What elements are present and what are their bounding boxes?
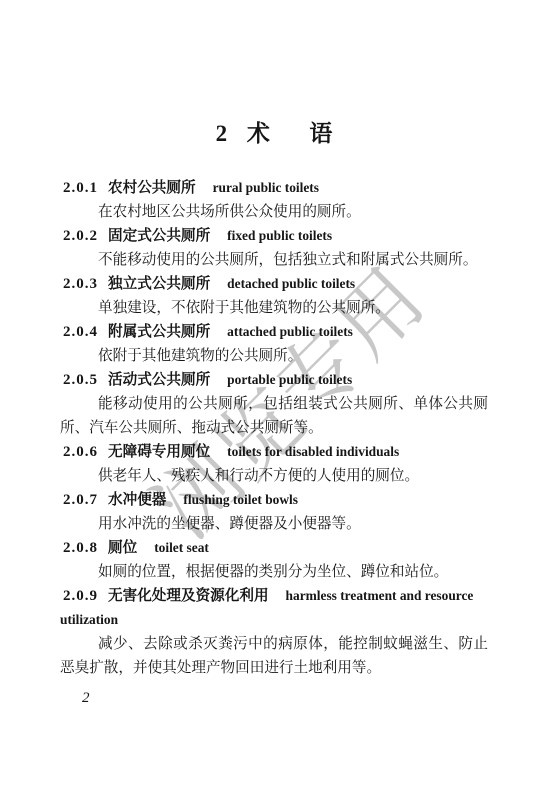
term-chinese: 附属式公共厕所 [108, 324, 210, 340]
document-page: { "document": { "section_title": "2 术 语"… [0, 0, 551, 790]
term-definition: 依附于其他建筑物的公共厕所。 [60, 344, 488, 368]
term-entry: 2.0.7水冲便器flushing toilet bowls 用水冲洗的坐便器、… [60, 488, 488, 536]
term-entry: 2.0.9无害化处理及资源化利用harmless treatment and r… [60, 584, 488, 680]
term-english: portable public toilets [227, 372, 352, 387]
page-number: 2 [82, 688, 90, 708]
term-entry: 2.0.1农村公共厕所rural public toilets 在农村地区公共场… [60, 176, 488, 224]
page-content: 2 术 语 2.0.1农村公共厕所rural public toilets 在农… [60, 0, 488, 680]
term-entry: 2.0.2固定式公共厕所fixed public toilets 不能移动使用的… [60, 224, 488, 272]
term-chinese: 无害化处理及资源化利用 [108, 588, 269, 604]
term-number: 2.0.5 [60, 372, 98, 388]
term-definition: 单独建设，不依附于其他建筑物的公共厕所。 [60, 296, 488, 320]
term-definition: 供老年人、残疾人和行动不方便的人使用的厕位。 [60, 464, 488, 488]
term-entry: 2.0.6无障碍专用厕位toilets for disabled individ… [60, 440, 488, 488]
term-number: 2.0.4 [60, 324, 98, 340]
term-line: 2.0.4附属式公共厕所attached public toilets [60, 320, 488, 344]
term-definition: 不能移动使用的公共厕所，包括独立式和附属式公共厕所。 [60, 248, 488, 272]
term-english: toilets for disabled individuals [227, 444, 399, 459]
term-entry: 2.0.8厕位toilet seat 如厕的位置，根据便器的类别分为坐位、蹲位和… [60, 536, 488, 584]
term-entry: 2.0.3独立式公共厕所detached public toilets 单独建设… [60, 272, 488, 320]
term-number: 2.0.2 [60, 228, 98, 244]
terminology-list: 2.0.1农村公共厕所rural public toilets 在农村地区公共场… [60, 176, 488, 680]
term-number: 2.0.6 [60, 444, 98, 460]
term-english: toilet seat [154, 540, 209, 555]
term-line: 2.0.1农村公共厕所rural public toilets [60, 176, 488, 200]
term-line: 2.0.6无障碍专用厕位toilets for disabled individ… [60, 440, 488, 464]
term-number: 2.0.1 [60, 180, 98, 196]
term-number: 2.0.3 [60, 276, 98, 292]
section-title: 2 术 语 [60, 118, 488, 150]
term-english: rural public toilets [213, 180, 319, 195]
term-chinese: 无障碍专用厕位 [108, 444, 210, 460]
term-chinese: 农村公共厕所 [108, 180, 196, 196]
term-chinese: 独立式公共厕所 [108, 276, 210, 292]
term-chinese: 水冲便器 [108, 492, 166, 508]
term-english: flushing toilet bowls [183, 492, 298, 507]
term-entry: 2.0.4附属式公共厕所attached public toilets 依附于其… [60, 320, 488, 368]
term-number: 2.0.7 [60, 492, 98, 508]
term-line: 2.0.2固定式公共厕所fixed public toilets [60, 224, 488, 248]
term-definition: 如厕的位置，根据便器的类别分为坐位、蹲位和站位。 [60, 560, 488, 584]
term-line: 2.0.7水冲便器flushing toilet bowls [60, 488, 488, 512]
term-chinese: 固定式公共厕所 [108, 228, 210, 244]
term-chinese: 厕位 [108, 540, 137, 556]
term-entry: 2.0.5活动式公共厕所portable public toilets 能移动使… [60, 368, 488, 440]
term-definition: 能移动使用的公共厕所，包括组装式公共厕所、单体公共厕所、汽车公共厕所、拖动式公共… [60, 392, 488, 440]
term-definition: 减少、去除或杀灭粪污中的病原体，能控制蚊蝇滋生、防止恶臭扩散，并使其处理产物回田… [60, 632, 488, 680]
term-definition: 在农村地区公共场所供公众使用的厕所。 [60, 200, 488, 224]
term-english: attached public toilets [227, 324, 353, 339]
term-chinese: 活动式公共厕所 [108, 372, 210, 388]
term-english: fixed public toilets [227, 228, 332, 243]
term-number: 2.0.8 [60, 540, 98, 556]
term-line: 2.0.5活动式公共厕所portable public toilets [60, 368, 488, 392]
term-line: 2.0.3独立式公共厕所detached public toilets [60, 272, 488, 296]
term-definition: 用水冲洗的坐便器、蹲便器及小便器等。 [60, 512, 488, 536]
term-line: 2.0.8厕位toilet seat [60, 536, 488, 560]
term-line: 2.0.9无害化处理及资源化利用harmless treatment and r… [60, 584, 488, 632]
term-number: 2.0.9 [60, 588, 98, 604]
term-english: detached public toilets [227, 276, 355, 291]
